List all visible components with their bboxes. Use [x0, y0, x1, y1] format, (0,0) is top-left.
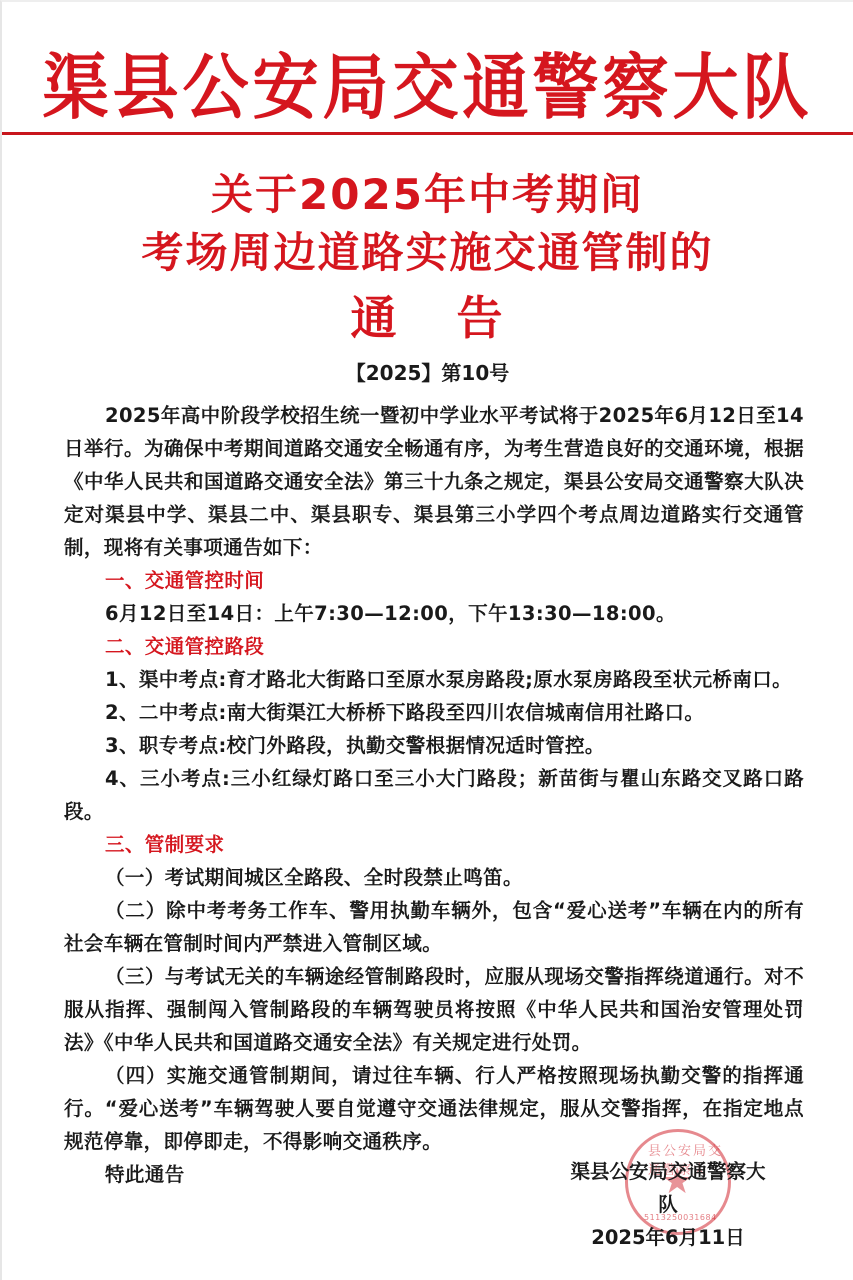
signature-org: 渠县公安局交通警察大队 [568, 1155, 768, 1221]
section-heading-roads: 二、交通管控路段 [64, 630, 804, 663]
section-item: （二）除中考考务工作车、警用执勤车辆外，包含“爱心送考”车辆在内的所有社会车辆在… [64, 894, 804, 960]
signature-block: 渠县公安局交通警察大队 2025年6月11日 [568, 1155, 768, 1254]
section-heading-requirements: 三、管制要求 [64, 828, 804, 861]
document-number: 【2025】第10号 [2, 357, 853, 386]
notice-page: 渠县公安局交通警察大队 关于2025年中考期间 考场周边道路实施交通管制的 通告… [0, 0, 853, 1280]
section-item: （三）与考试无关的车辆途经管制路段时，应服从现场交警指挥绕道通行。对不服从指挥、… [64, 960, 804, 1059]
header-rule [2, 132, 853, 135]
section-item: 6月12日至14日：上午7:30—12:00，下午13:30—18:00。 [64, 597, 804, 630]
section-heading-time: 一、交通管控时间 [64, 564, 804, 597]
signature-date: 2025年6月11日 [568, 1221, 768, 1254]
masthead: 渠县公安局交通警察大队 [2, 38, 853, 135]
intro-paragraph: 2025年高中阶段学校招生统一暨初中学业水平考试将于2025年6月12日至14日… [64, 399, 804, 564]
title-char-1: 通 [351, 291, 399, 345]
title-line-1: 关于2025年中考期间 [2, 162, 853, 222]
section-item: 2、二中考点:南大街渠江大桥桥下路段至四川农信城南信用社路口。 [64, 696, 804, 729]
title-line-3: 通告 [2, 282, 853, 348]
title-char-2: 告 [457, 291, 505, 345]
title-line-2: 考场周边道路实施交通管制的 [2, 220, 853, 280]
section-item: 3、职专考点:校门外路段，执勤交警根据情况适时管控。 [64, 729, 804, 762]
notice-body: 2025年高中阶段学校招生统一暨初中学业水平考试将于2025年6月12日至14日… [64, 399, 804, 1191]
section-item: 4、三小考点:三小红绿灯路口至三小大门路段；新苗街与瞿山东路交叉路口路段。 [64, 762, 804, 828]
section-item: 1、渠中考点:育才路北大街路口至原水泵房路段;原水泵房路段至状元桥南口。 [64, 663, 804, 696]
section-item: （一）考试期间城区全路段、全时段禁止鸣笛。 [64, 861, 804, 894]
